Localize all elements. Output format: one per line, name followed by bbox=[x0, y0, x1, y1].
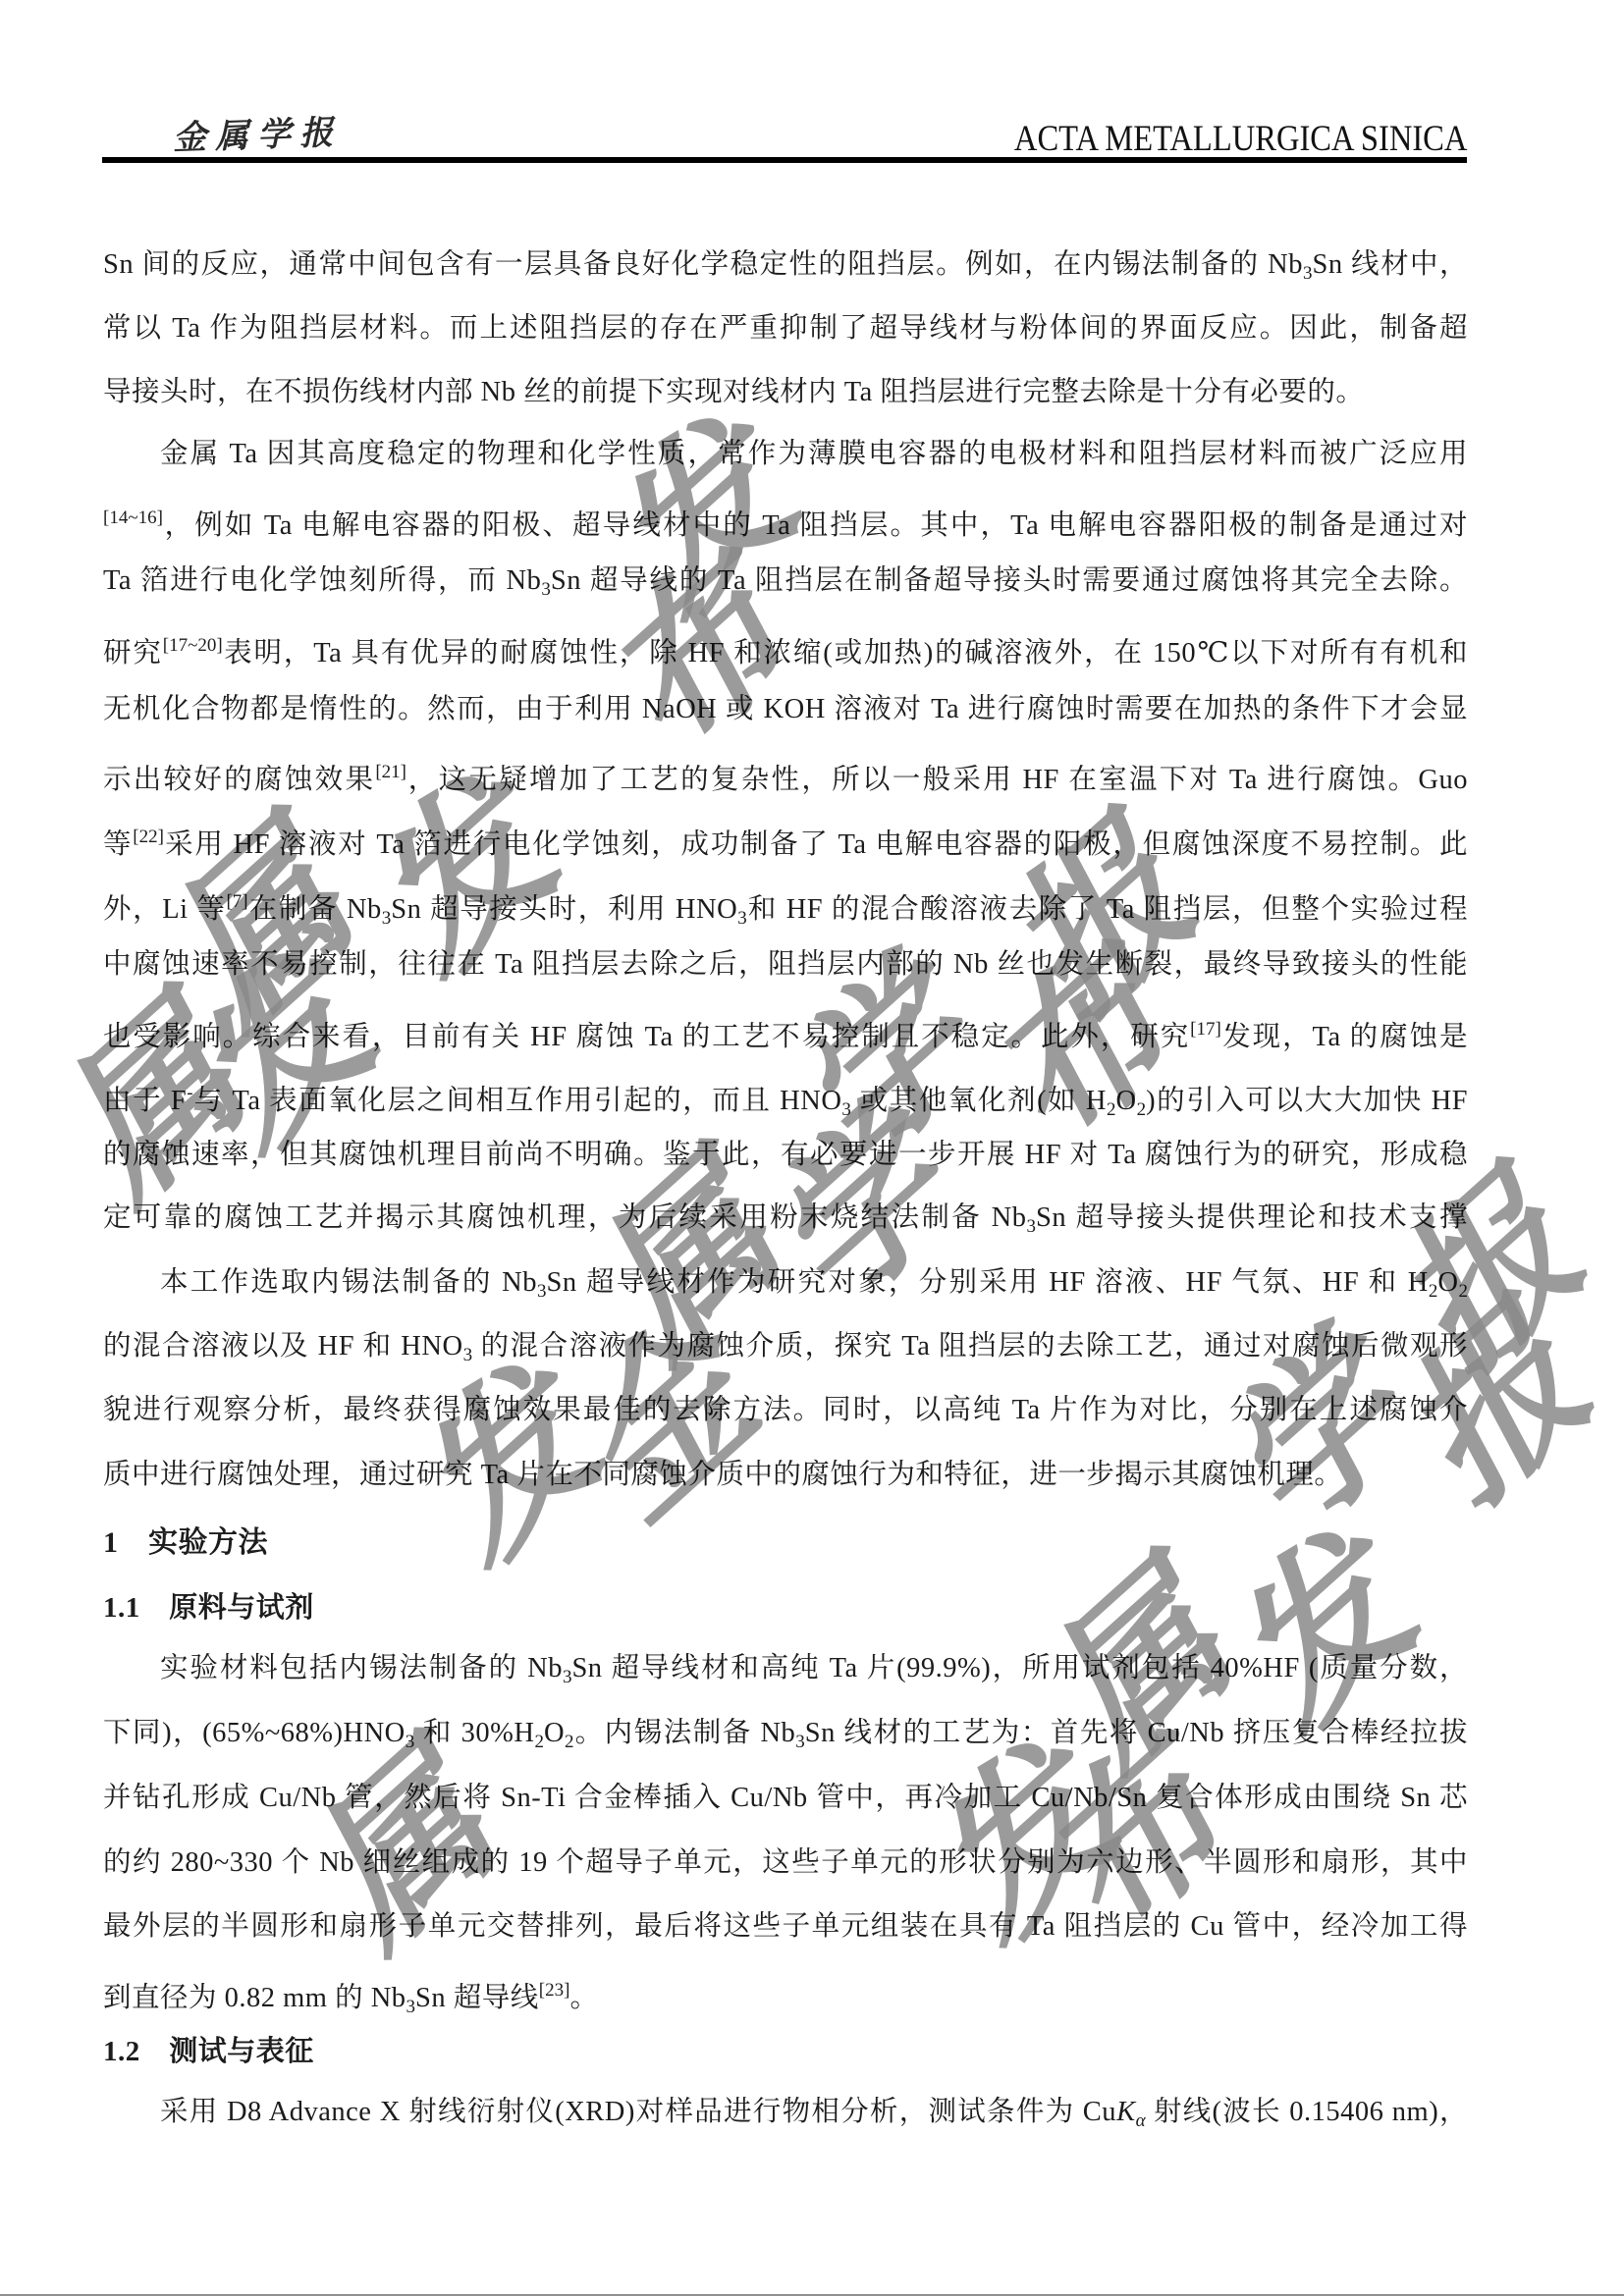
text-line: 的约 280~330 个 Nb 细丝组成的 19 个超导子单元，这些子单元的形状… bbox=[103, 1831, 1468, 1896]
text-line: 中腐蚀速率不易控制，往往在 Ta 阻挡层去除之后，阻挡层内部的 Nb 丝也发生断… bbox=[103, 933, 1468, 997]
text-line: 无机化合物都是惰性的。然而，由于利用 NaOH 或 KOH 溶液对 Ta 进行腐… bbox=[103, 677, 1468, 742]
text-line: 的腐蚀速率，但其腐蚀机理目前尚不明确。鉴于此，有必要进一步开展 HF 对 Ta … bbox=[103, 1123, 1468, 1188]
section-heading: 1.2 测试与表征 bbox=[103, 2019, 1468, 2084]
text-line: 质中进行腐蚀处理，通过研究 Ta 片在不同腐蚀介质中的腐蚀行为和特征，进一步揭示… bbox=[103, 1443, 1468, 1508]
page: 金属学报 ACTA METALLURGICA SINICA Sn 间的反应，通常… bbox=[0, 0, 1624, 2296]
text-line: 研究[17~20]表明，Ta 具有优异的耐腐蚀性，除 HF 和浓缩(或加热)的碱… bbox=[103, 614, 1468, 678]
text-line: [14~16]，例如 Ta 电解电容器的阳极、超导线材中的 Ta 阻挡层。其中，… bbox=[103, 486, 1468, 551]
text-line: 导接头时，在不损伤线材内部 Nb 丝的前提下实现对线材内 Ta 阻挡层进行完整去… bbox=[103, 360, 1468, 425]
text-line: 采用 D8 Advance X 射线衍射仪(XRD)对样品进行物相分析，测试条件… bbox=[103, 2080, 1468, 2145]
text-line: 下同)，(65%~68%)HNO3 和 30%H2O2。内锡法制备 Nb3Sn … bbox=[103, 1701, 1468, 1766]
text-line: 的混合溶液以及 HF 和 HNO3 的混合溶液作为腐蚀介质，探究 Ta 阻挡层的… bbox=[103, 1314, 1468, 1379]
text-line: 金属 Ta 因其高度稳定的物理和化学性质，常作为薄膜电容器的电极材料和阻挡层材料… bbox=[103, 422, 1468, 487]
text-line: 示出较好的腐蚀效果[21]，这无疑增加了工艺的复杂性，所以一般采用 HF 在室温… bbox=[103, 740, 1468, 805]
text-line: 到直径为 0.82 mm 的 Nb3Sn 超导线[23]。 bbox=[103, 1958, 1468, 2023]
text-line: 貌进行观察分析，最终获得腐蚀效果最佳的去除方法。同时，以高纯 Ta 片作为对比，… bbox=[103, 1378, 1468, 1443]
text-line: 并钻孔形成 Cu/Nb 管，然后将 Sn-Ti 合金棒插入 Cu/Nb 管中，再… bbox=[103, 1766, 1468, 1831]
text-line: 由于 F-与 Ta 表面氧化层之间相互作用引起的，而且 HNO3 或其他氧化剂(… bbox=[103, 1061, 1468, 1126]
text-line: 定可靠的腐蚀工艺并揭示其腐蚀机理，为后续采用粉末烧结法制备 Nb3Sn 超导接头… bbox=[103, 1186, 1468, 1251]
text-line: 实验材料包括内锡法制备的 Nb3Sn 超导线材和高纯 Ta 片(99.9%)，所… bbox=[103, 1636, 1468, 1701]
text-line: 等[22]采用 HF 溶液对 Ta 箔进行电化学蚀刻，成功制备了 Ta 电解电容… bbox=[103, 805, 1468, 870]
text-line: 常以 Ta 作为阻挡层材料。而上述阻挡层的存在严重抑制了超导线材与粉体间的界面反… bbox=[103, 296, 1468, 361]
text-line: Ta 箔进行电化学蚀刻所得，而 Nb3Sn 超导线的 Ta 阻挡层在制备超导接头… bbox=[103, 549, 1468, 614]
text-layer: Sn 间的反应，通常中间包含有一层具备良好化学稳定性的阻挡层。例如，在内锡法制备… bbox=[0, 0, 1624, 2296]
text-line: 外，Li 等[7]在制备 Nb3Sn 超导接头时，利用 HNO3和 HF 的混合… bbox=[103, 870, 1468, 934]
text-line: 最外层的半圆形和扇形子单元交替排列，最后将这些子单元组装在具有 Ta 阻挡层的 … bbox=[103, 1895, 1468, 1959]
section-heading: 1.1 原料与试剂 bbox=[103, 1575, 1468, 1640]
text-line: 本工作选取内锡法制备的 Nb3Sn 超导线材作为研究对象，分别采用 HF 溶液、… bbox=[103, 1251, 1468, 1315]
section-heading: 1 实验方法 bbox=[103, 1511, 1468, 1575]
text-line: Sn 间的反应，通常中间包含有一层具备良好化学稳定性的阻挡层。例如，在内锡法制备… bbox=[103, 233, 1468, 297]
text-line: 也受影响。综合来看，目前有关 HF 腐蚀 Ta 的工艺不易控制且不稳定。此外，研… bbox=[103, 997, 1468, 1062]
